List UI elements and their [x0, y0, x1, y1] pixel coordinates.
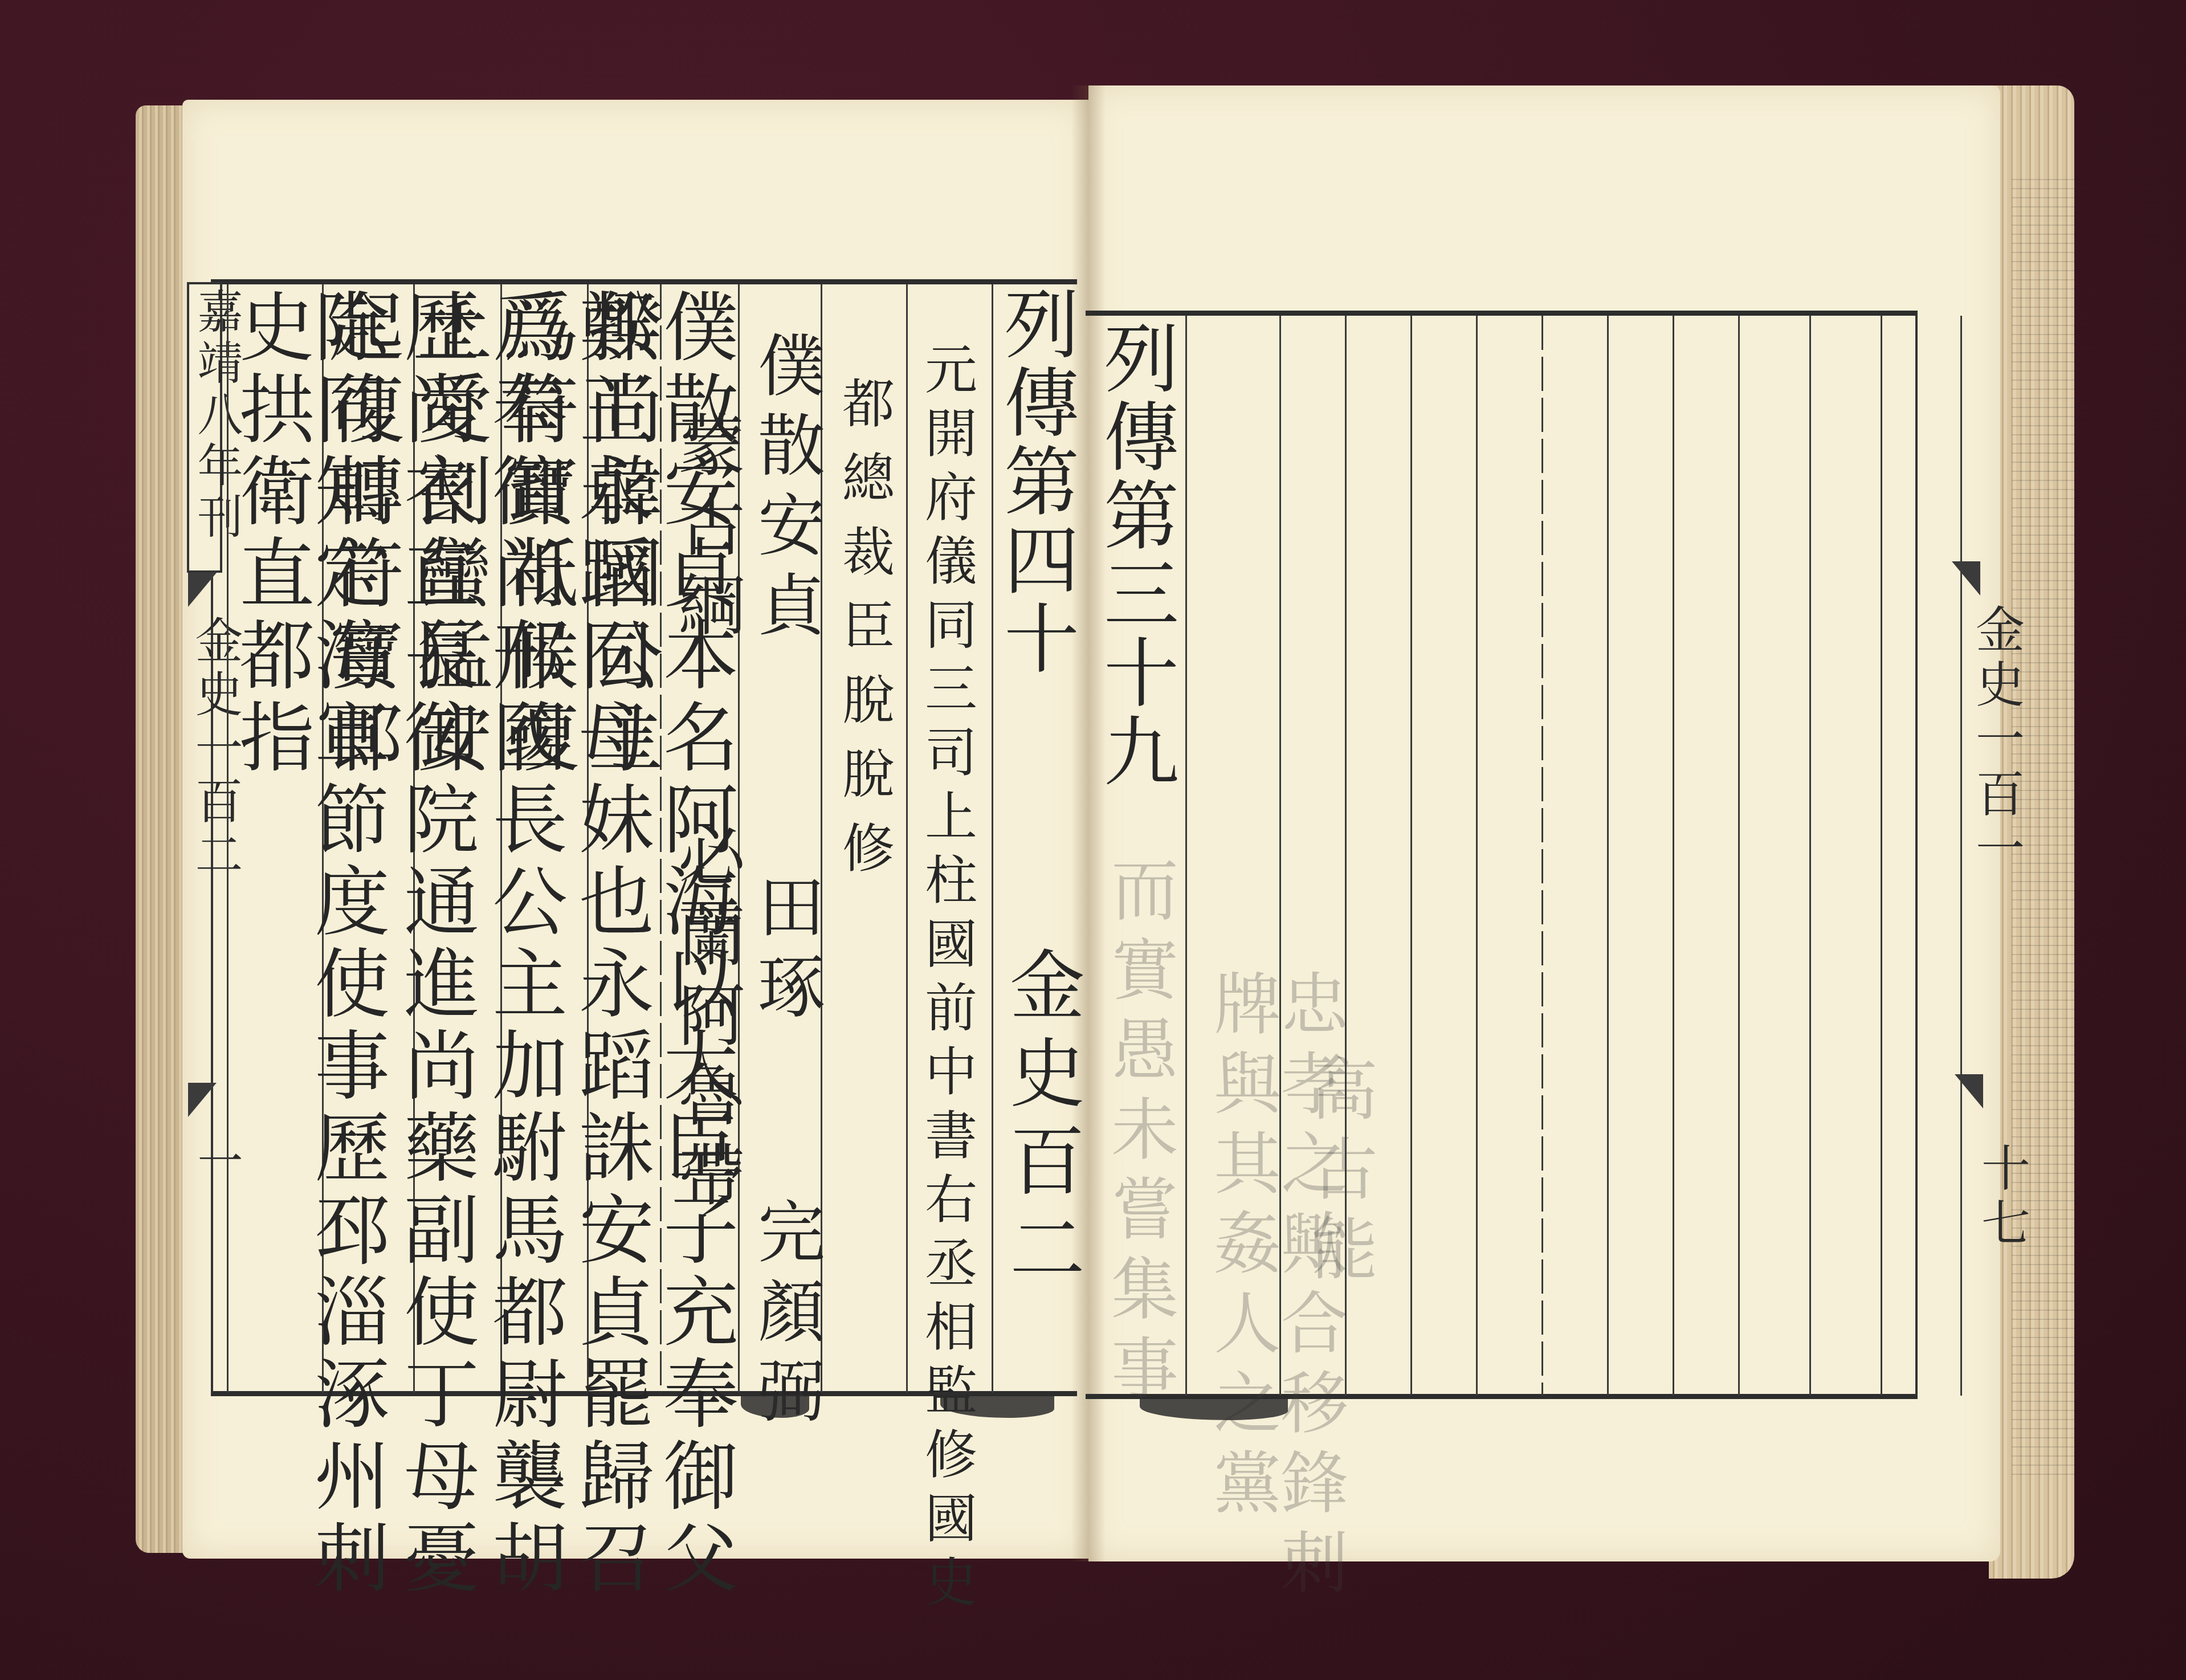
column-rule: [1541, 316, 1543, 1396]
column-rule: [1673, 316, 1674, 1396]
open-book: 嘉靖八年刊 金史一百二 一 僕散安貞本名阿海以大臣子充奉御父揆尚韓國公主 鄭王永…: [0, 0, 2186, 1680]
chapter-title-right: 列傳第三十九: [1097, 319, 1172, 791]
bleed-through-text-1: 而實愚未嘗集事: [1106, 855, 1173, 1413]
subject-tian-zhuo: 田琢: [752, 872, 819, 1031]
banxin-volume-right: 金史一百一: [1960, 604, 2031, 878]
folio-number-right: 十七: [1966, 1143, 2037, 1252]
body-column-5: 除同知定海軍節度使事歷邳淄涿州刺史拱衛直都指: [233, 288, 383, 1680]
column-rule: [1607, 316, 1609, 1396]
lower-fishtail-icon: [188, 1083, 217, 1117]
compiler-line-2: 都總裁臣脫脫修: [838, 376, 890, 895]
upper-fishtail-icon: [1952, 561, 1980, 596]
column-rule: [1809, 316, 1811, 1396]
column-rule: [1185, 316, 1187, 1396]
column-rule: [1410, 316, 1412, 1396]
column-rule: [1476, 316, 1478, 1396]
subject-pusan-anzhen: 僕散安貞: [752, 331, 819, 650]
compiler-line-1: 元開府儀同三司上柱國前中書右丞相監修國史: [920, 342, 973, 1618]
column-rule: [906, 284, 908, 1393]
column-rule: [1881, 316, 1882, 1396]
subject-menggu-gang: 蒙古綱: [672, 410, 740, 650]
lower-fishtail-icon: [1955, 1074, 1983, 1108]
upper-fishtail-icon: [188, 573, 217, 607]
book-section-label: 金史百二: [1003, 946, 1078, 1297]
bleed-through-text-3: 高古能: [1305, 1054, 1372, 1294]
subject-bilan-aludai: 必蘭阿魯帶: [672, 821, 740, 1220]
chapter-title-left: 列傳第四十: [997, 285, 1072, 678]
column-rule: [1738, 316, 1740, 1396]
